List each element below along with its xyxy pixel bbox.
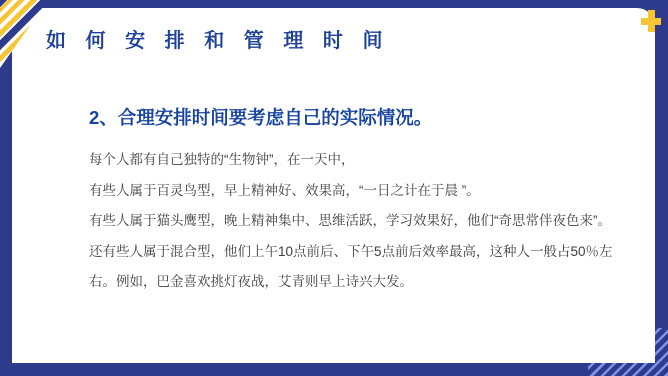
body-line: 还有些人属于混合型，他们上午10点前后、下午5点前后效率最高，这种人一般占50％… — [89, 237, 634, 268]
body-line: 右。例如，巴金喜欢挑灯夜战，艾青则早上诗兴大发。 — [89, 267, 634, 298]
slide-title: 如 何 安 排 和 管 理 时 间 — [46, 24, 389, 53]
plus-icon-horizontal-bar — [641, 18, 661, 25]
body-text-block: 每个人都有自己独特的“生物钟”，在一天中， 有些人属于百灵鸟型，早上精神好、效果… — [89, 145, 634, 298]
section-heading: 2、合理安排时间要考虑自己的实际情况。 — [89, 104, 432, 130]
body-line: 每个人都有自己独特的“生物钟”，在一天中， — [89, 145, 634, 176]
body-line: 有些人属于猫头鹰型，晚上精神集中、思维活跃，学习效果好，他们“奇思常伴夜色来”。 — [89, 206, 634, 237]
plus-icon — [641, 10, 661, 32]
body-line: 有些人属于百灵鸟型，早上精神好、效果高，“一日之计在于晨 ”。 — [89, 176, 634, 207]
slide-canvas: 如 何 安 排 和 管 理 时 间 2、合理安排时间要考虑自己的实际情况。 每个… — [0, 0, 668, 376]
